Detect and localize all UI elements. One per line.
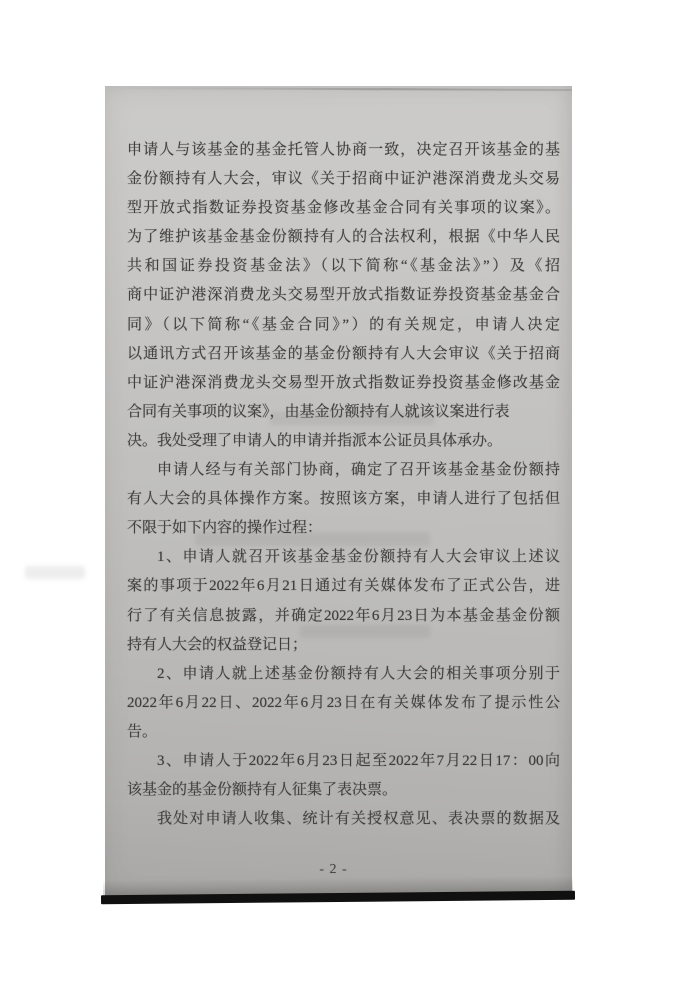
text-line: 申请人与该基金的基金托管人协商一致，决定召开该基金的基 bbox=[127, 136, 560, 165]
scanned-page-photo: 申请人与该基金的基金托管人协商一致，决定召开该基金的基金份额持有人大会，审议《关… bbox=[0, 0, 700, 989]
bleed-through-mark bbox=[25, 566, 85, 579]
text-line: 同》（以下简称“《基金合同》”）的有关规定，申请人决定 bbox=[127, 311, 560, 340]
text-line: 以通讯方式召开该基金的基金份额持有人大会审议《关于招商 bbox=[127, 340, 560, 369]
text-line: 申请人经与有关部门协商，确定了召开该基金基金份额持 bbox=[127, 456, 560, 485]
text-line: 持有人大会的权益登记日； bbox=[127, 631, 560, 660]
text-lines: 申请人与该基金的基金托管人协商一致，决定召开该基金的基金份额持有人大会，审议《关… bbox=[127, 136, 560, 834]
text-line: 不限于如下内容的操作过程： bbox=[127, 514, 560, 543]
text-line: 型开放式指数证券投资基金修改基金合同有关事项的议案》。 bbox=[127, 194, 560, 223]
text-line: 中证沪港深消费龙头交易型开放式指数证券投资基金修改基金 bbox=[127, 369, 560, 398]
text-line: 2、申请人就上述基金份额持有人大会的相关事项分别于 bbox=[127, 660, 560, 689]
text-line: 该基金的基金份额持有人征集了表决票。 bbox=[127, 776, 560, 805]
text-line: 金份额持有人大会，审议《关于招商中证沪港深消费龙头交易 bbox=[127, 165, 560, 194]
text-line: 共和国证券投资基金法》（以下简称“《基金法》”）及《招 bbox=[127, 252, 560, 281]
text-line: 1、申请人就召开该基金基金份额持有人大会审议上述议 bbox=[127, 543, 560, 572]
document-body: 申请人与该基金的基金托管人协商一致，决定召开该基金的基金份额持有人大会，审议《关… bbox=[127, 136, 560, 834]
text-line: 我处对申请人收集、统计有关授权意见、表决票的数据及 bbox=[127, 805, 560, 834]
text-line: 合同有关事项的议案》，由基金份额持有人就该议案进行表 bbox=[127, 398, 560, 427]
text-line: 商中证沪港深消费龙头交易型开放式指数证券投资基金基金合 bbox=[127, 281, 560, 310]
text-line: 3、申请人于2022年6月23日起至2022年7月22日17：00向 bbox=[127, 747, 560, 776]
paper-top-edge bbox=[105, 87, 572, 91]
text-line: 为了维护该基金基金份额持有人的合法权利，根据《中华人民 bbox=[127, 223, 560, 252]
text-line: 有人大会的具体操作方案。按照该方案，申请人进行了包括但 bbox=[127, 485, 560, 514]
text-line: 决。我处受理了申请人的申请并指派本公证员具体承办。 bbox=[127, 427, 560, 456]
text-line: 告。 bbox=[127, 718, 560, 747]
text-line: 2022年6月22日、2022年6月23日在有关媒体发布了提示性公 bbox=[127, 689, 560, 718]
text-line: 行了有关信息披露，并确定2022年6月23日为本基金基金份额 bbox=[127, 602, 560, 631]
text-line: 案的事项于2022年6月21日通过有关媒体发布了正式公告，进 bbox=[127, 572, 560, 601]
